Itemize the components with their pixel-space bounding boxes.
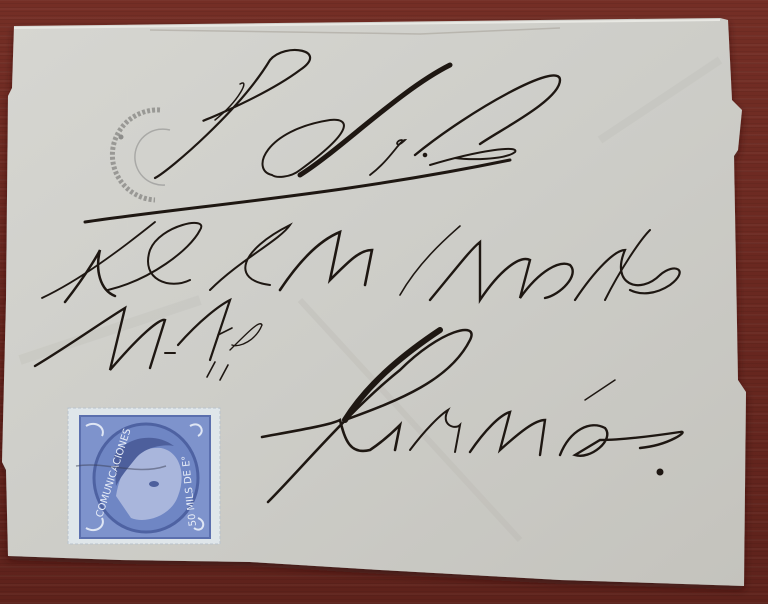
postage-stamp: COMUNICACIONES 50 MILS DE E° — [66, 406, 222, 546]
